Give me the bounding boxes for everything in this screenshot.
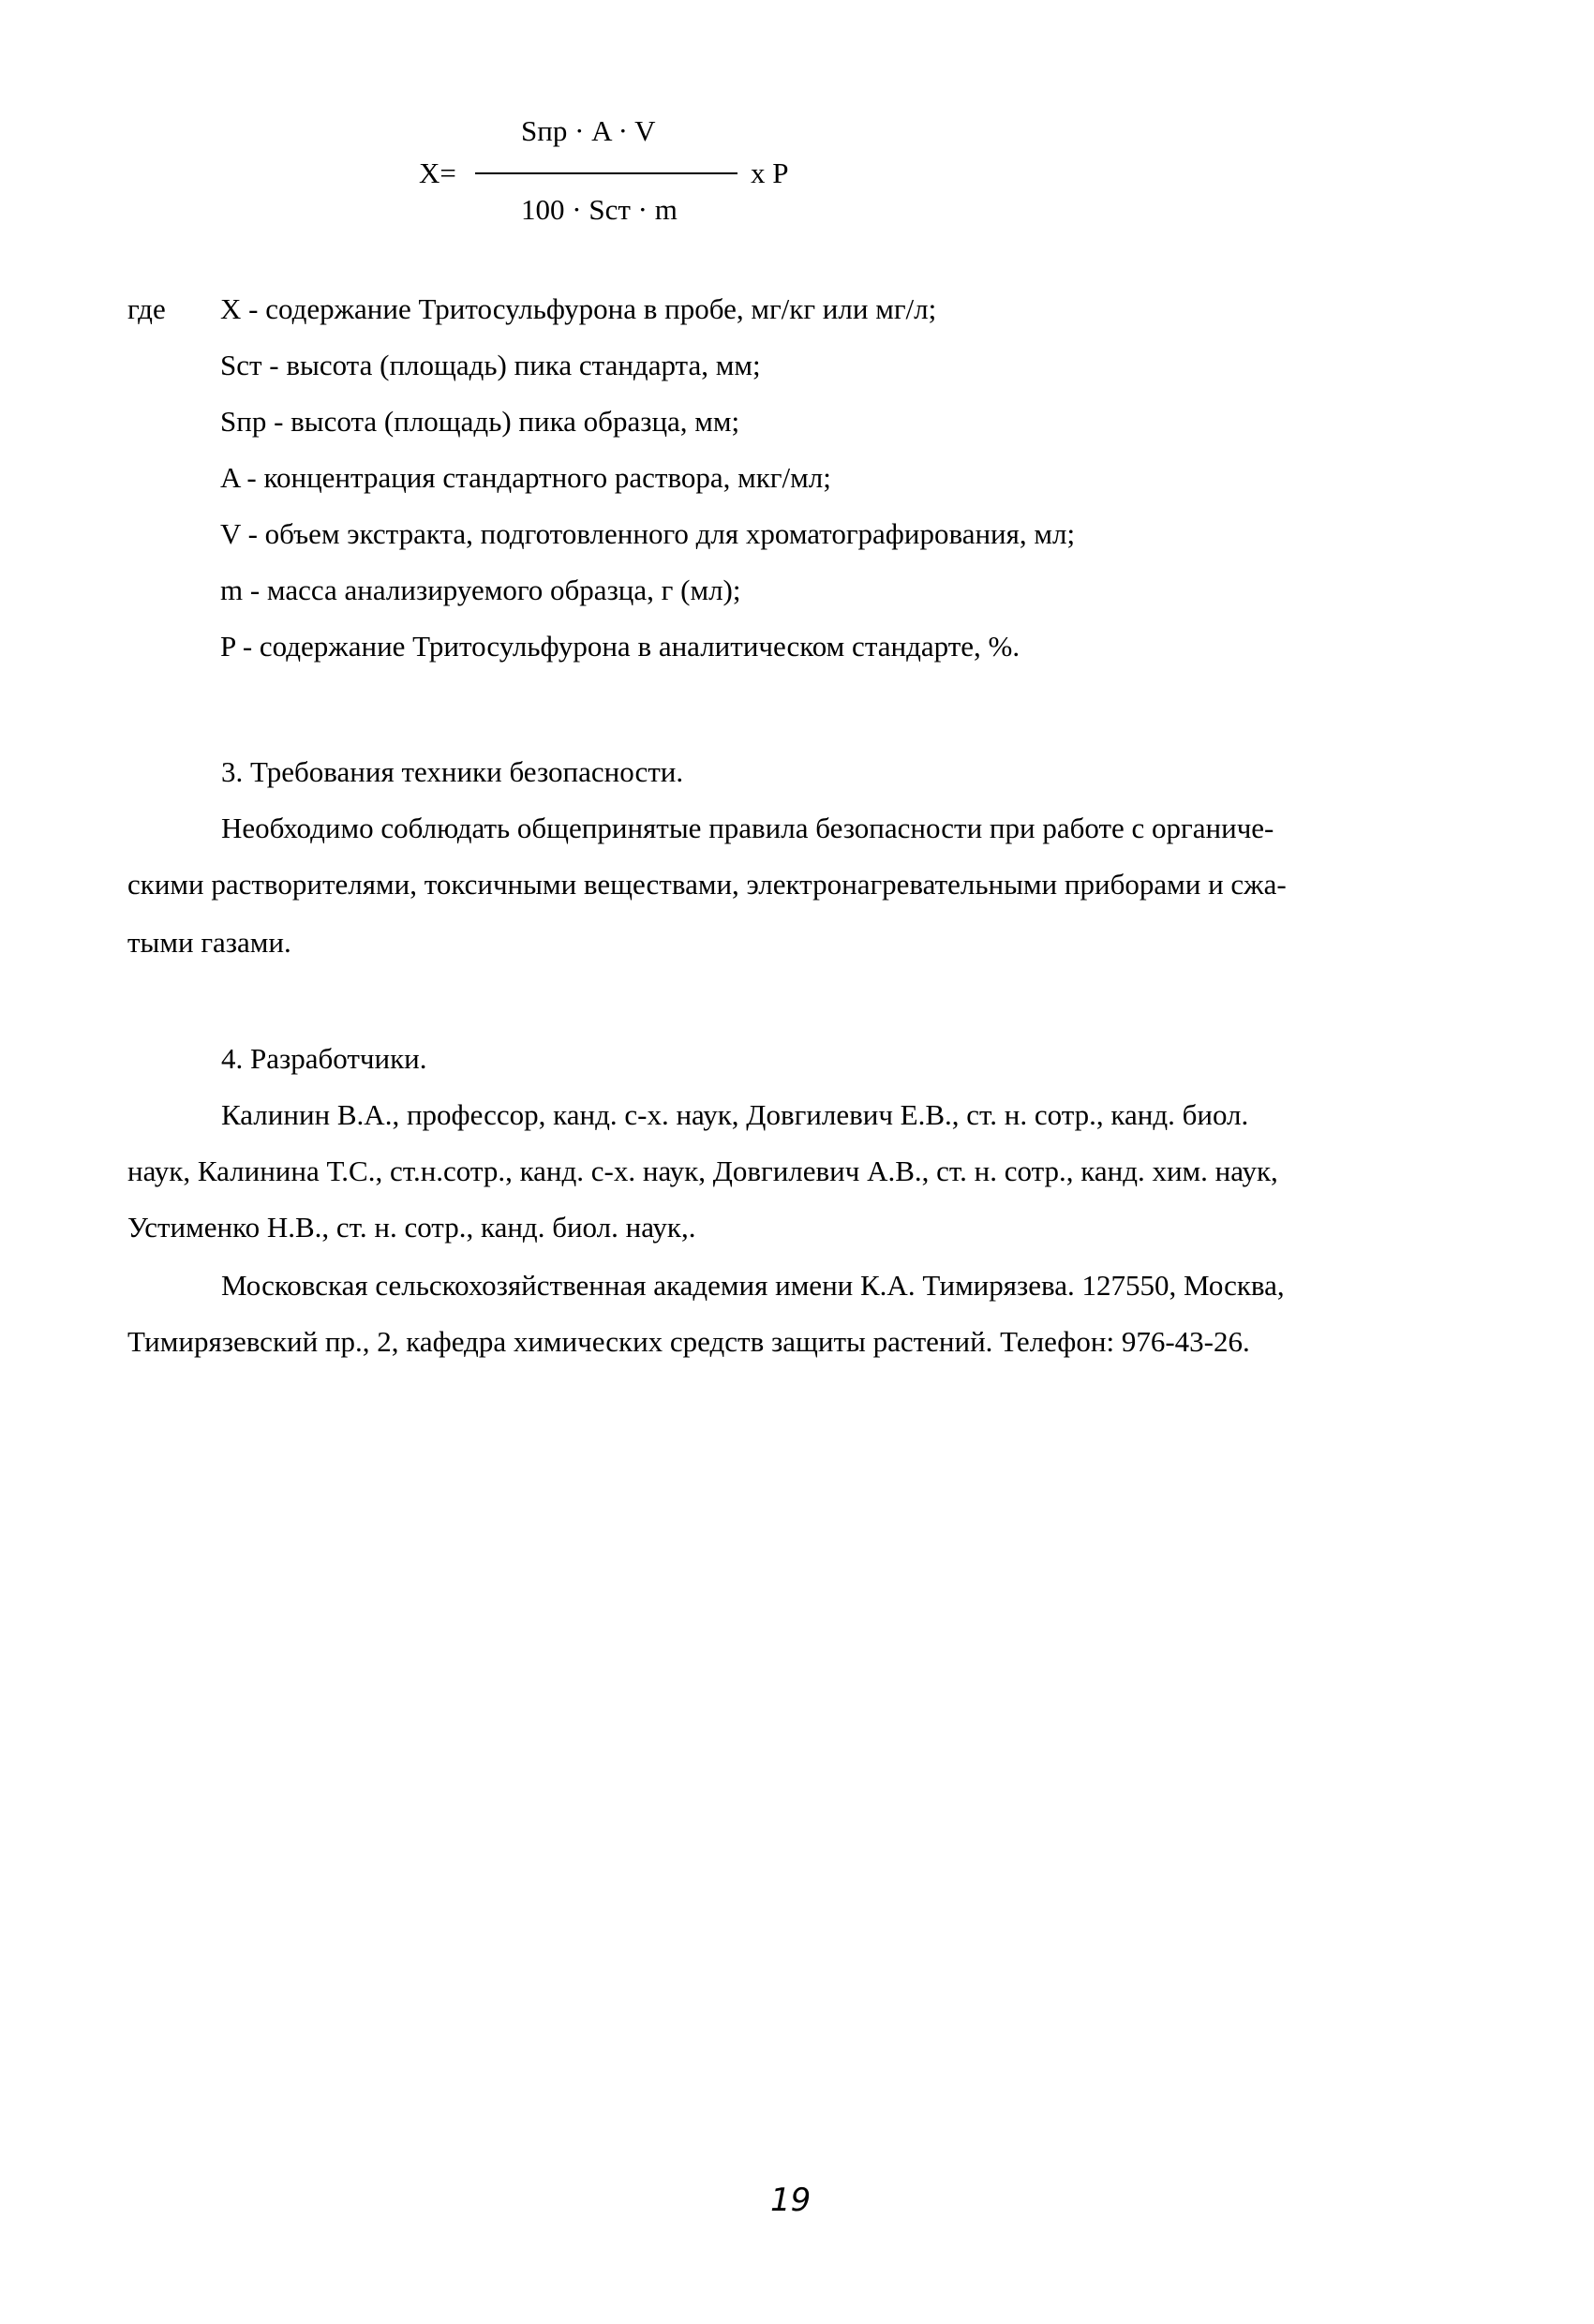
section-4-line: Устименко Н.В., ст. н. сотр., канд. биол… bbox=[127, 1211, 1486, 1244]
formula-denominator: 100 · Sст · m bbox=[521, 193, 678, 227]
definition-spr: Sпр - высота (площадь) пика образца, мм; bbox=[220, 405, 739, 439]
where-label: где bbox=[127, 292, 166, 326]
definition-sst: Sст - высота (площадь) пика стандарта, м… bbox=[220, 349, 761, 382]
definition-m: m - масса анализируемого образца, г (мл)… bbox=[220, 574, 740, 607]
definition-v: V - объем экстракта, подготовленного для… bbox=[220, 517, 1075, 551]
formula-numerator: Sпр · A · V bbox=[521, 114, 655, 148]
section-3-line: скими растворителями, токсичными веществ… bbox=[127, 868, 1486, 901]
section-3-line: Необходимо соблюдать общепринятые правил… bbox=[221, 812, 1274, 845]
page-number: 19 bbox=[770, 2182, 811, 2219]
section-4-line: Московская сельскохозяйственная академия… bbox=[221, 1269, 1285, 1303]
section-3-heading: 3. Требования техники безопасности. bbox=[221, 755, 683, 789]
section-4-heading: 4. Разработчики. bbox=[221, 1042, 427, 1076]
definition-x: X - содержание Тритосульфурона в пробе, … bbox=[220, 292, 936, 326]
section-4-line: Калинин В.А., профессор, канд. с-х. наук… bbox=[221, 1098, 1248, 1132]
formula-lhs: X= bbox=[419, 156, 456, 190]
definition-a: A - концентрация стандартного раствора, … bbox=[220, 461, 831, 495]
fraction-bar bbox=[475, 172, 737, 174]
section-4-line: Тимирязевский пр., 2, кафедра химических… bbox=[127, 1325, 1486, 1359]
definition-p: P - содержание Тритосульфурона в аналити… bbox=[220, 630, 1020, 663]
formula-multiplier: x P bbox=[751, 156, 789, 190]
section-3-line: тыми газами. bbox=[127, 926, 1486, 960]
section-4-line: наук, Калинина Т.С., ст.н.сотр., канд. с… bbox=[127, 1155, 1486, 1188]
